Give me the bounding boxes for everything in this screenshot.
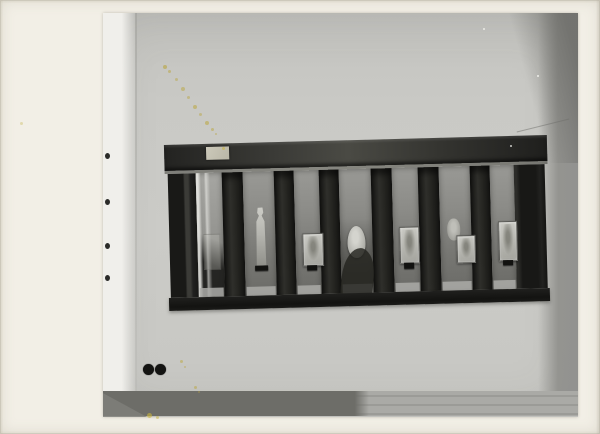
stain-speck (20, 122, 23, 125)
stain-speck (147, 413, 152, 418)
stain-speck (180, 360, 183, 363)
mount-pin-dot (105, 199, 110, 205)
stain-speck (199, 113, 202, 116)
baseboard-shadow-band (103, 391, 578, 417)
case-frame-left (168, 173, 199, 298)
relief-plaque-1 (302, 233, 324, 267)
mount-pin-dot (105, 275, 110, 281)
shelf-bracket-2 (307, 265, 317, 270)
stain-speck (537, 75, 539, 77)
archival-photo-print: { "meta": { "media": "black-and-white ar… (0, 0, 600, 434)
shelf-bracket-4 (503, 260, 513, 265)
stain-speck (175, 78, 178, 81)
shelf-bracket-3 (404, 263, 414, 269)
stain-speck (168, 70, 171, 73)
stain-speck (194, 386, 197, 389)
stain-speck (181, 87, 185, 91)
shelf-bracket-1 (255, 265, 268, 270)
wall-corner-line (135, 13, 137, 393)
wall-outlet-dot (143, 364, 154, 375)
case-frame-right (514, 164, 548, 289)
floor-strip (103, 416, 578, 417)
stain-speck (510, 145, 512, 147)
stain-speck (187, 96, 190, 99)
stain-speck (198, 391, 200, 393)
relief-plaque-4 (498, 221, 518, 261)
mount-pin-dot (105, 243, 110, 249)
stain-speck (211, 128, 214, 131)
stain-speck (156, 416, 159, 419)
stain-speck (205, 121, 209, 125)
display-case (167, 135, 548, 311)
relief-plaque-3 (456, 235, 476, 263)
stain-speck (222, 147, 225, 150)
relief-plaque-faint (203, 234, 221, 270)
stain-speck (163, 65, 167, 69)
stain-speck (193, 105, 197, 109)
stain-speck (184, 366, 186, 368)
wall-outlet-dot (155, 364, 166, 375)
case-label-plaque (206, 146, 229, 160)
mount-pin-dot (105, 153, 110, 159)
stain-speck (215, 133, 217, 135)
photograph (103, 13, 578, 417)
relief-plaque-2 (399, 226, 420, 264)
stain-speck (483, 28, 485, 30)
